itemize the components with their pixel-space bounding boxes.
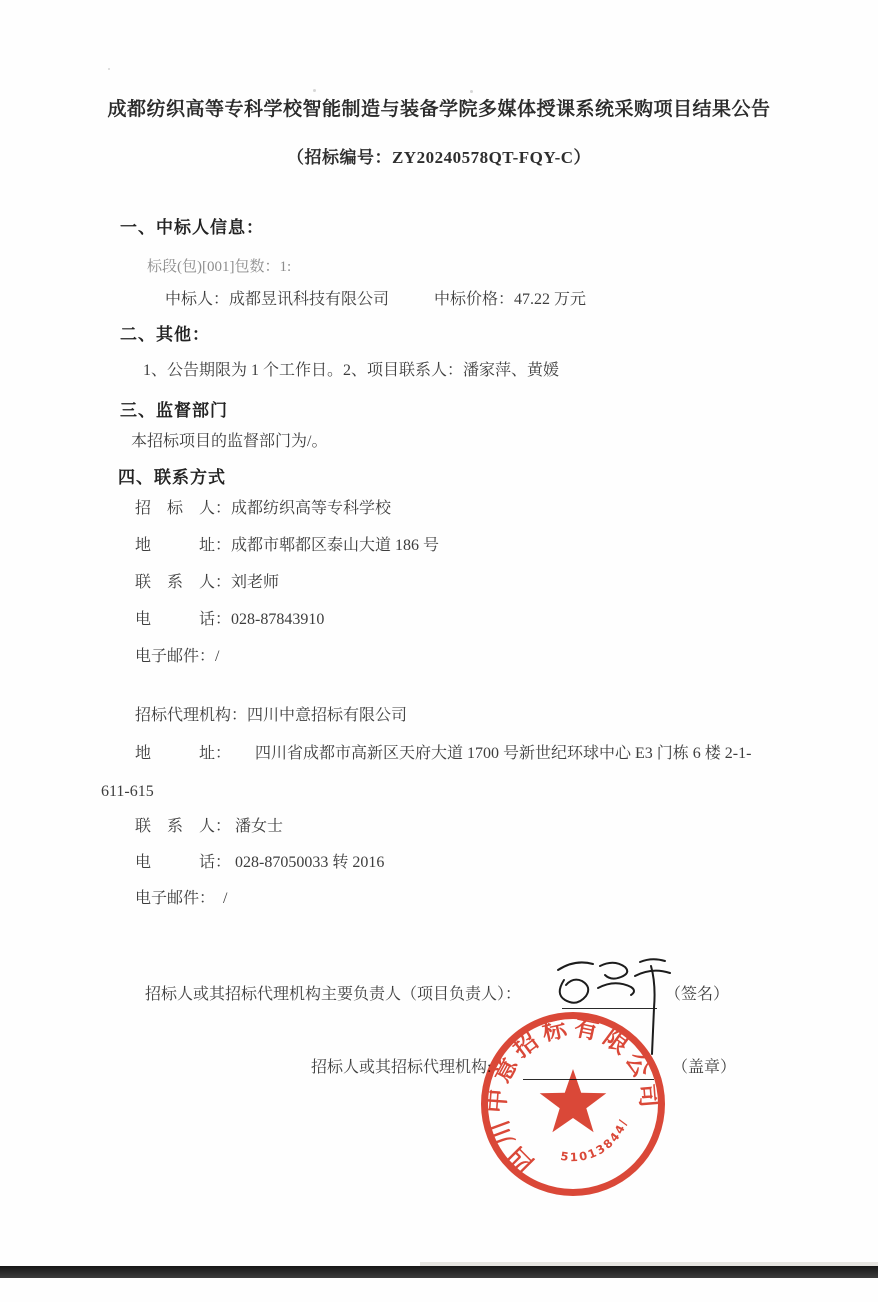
tenderer-email-line: 电子邮件：/ — [135, 646, 219, 668]
agency-name-line: 招标代理机构：四川中意招标有限公司 — [135, 705, 407, 727]
agency-address-line: 地 址： 四川省成都市高新区天府大道 1700 号新世纪环球中心 E3 门栋 6… — [135, 743, 751, 765]
section3-heading: 三、监督部门 — [120, 396, 228, 421]
seal-star-icon — [540, 1069, 607, 1132]
winner-row: 中标人：成都昱讯科技有限公司 中标价格：47.22 万元 — [165, 289, 586, 311]
tenderer-name-line: 招 标 人：成都纺织高等专科学校 — [135, 498, 391, 520]
scanned-document-page: 成都纺织高等专科学校智能制造与装备学院多媒体授课系统采购项目结果公告 （招标编号… — [0, 0, 878, 1302]
scan-speck — [470, 90, 473, 93]
tender-number: （招标编号：ZY20240578QT-FQY-C） — [0, 143, 878, 168]
scan-speck — [313, 89, 316, 92]
winner-name: 中标人：成都昱讯科技有限公司 — [165, 289, 389, 311]
section1-heading: 一、中标人信息： — [120, 213, 264, 238]
lot-line: 标段(包)[001]包数：1: — [147, 256, 291, 278]
agency-contact-line: 联 系 人： 潘女士 — [135, 816, 283, 838]
scan-edge-bar — [0, 1266, 878, 1278]
scan-speck — [108, 68, 110, 70]
document-title: 成都纺织高等专科学校智能制造与装备学院多媒体授课系统采购项目结果公告 — [0, 94, 878, 121]
agency-phone-line: 电 话： 028-87050033 转 2016 — [135, 852, 384, 874]
agency-address-line2: 611-615 — [101, 781, 154, 803]
tenderer-contact-line: 联 系 人：刘老师 — [135, 572, 279, 594]
section2-heading: 二、其他： — [120, 320, 210, 345]
tenderer-address-line: 地 址：成都市郫都区泰山大道 186 号 — [135, 535, 439, 557]
winner-price: 中标价格：47.22 万元 — [434, 289, 586, 311]
section3-body: 本招标项目的监督部门为/。 — [131, 431, 327, 453]
agency-email-line: 电子邮件： / — [135, 888, 227, 910]
section4-heading: 四、联系方式 — [118, 463, 226, 488]
section2-body: 1、公告期限为 1 个工作日。2、项目联系人：潘家萍、黄媛 — [143, 360, 559, 382]
tenderer-phone-line: 电 话：028-87843910 — [135, 609, 324, 631]
company-seal-stamp: 四川中意招标有限公司 51013844/104 — [465, 996, 681, 1212]
org-stamp-suffix: （盖章） — [672, 1057, 736, 1079]
